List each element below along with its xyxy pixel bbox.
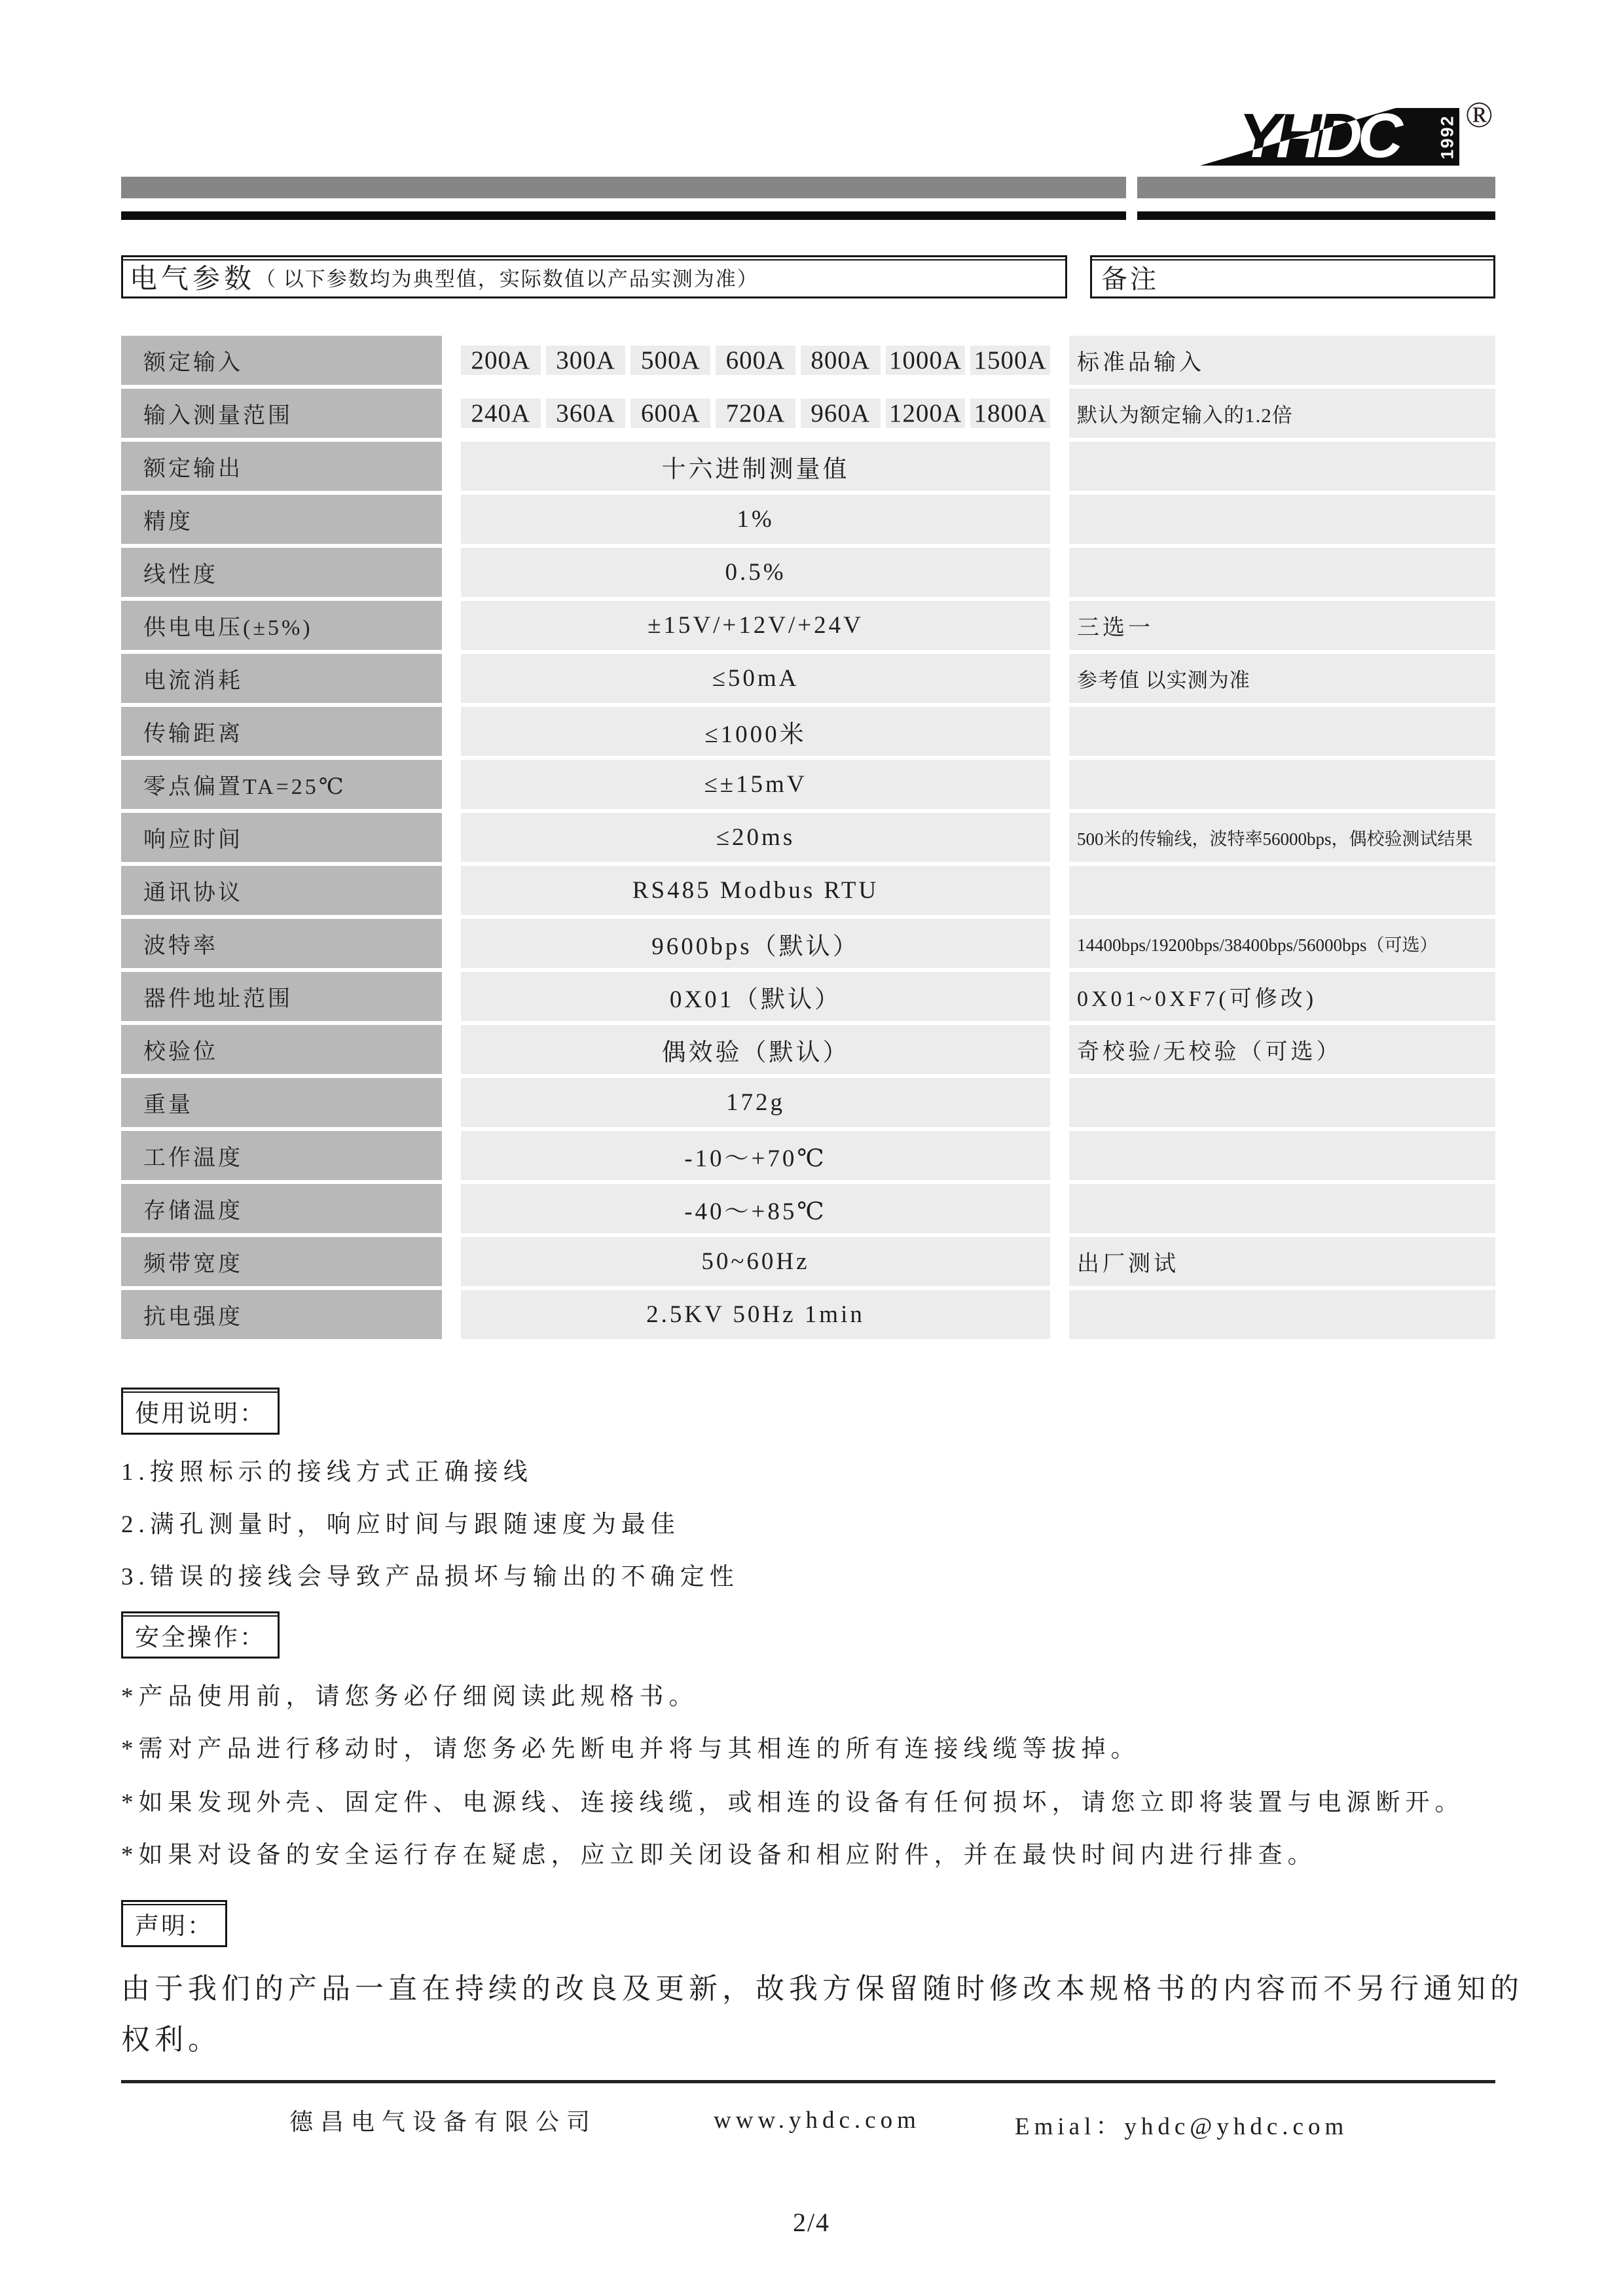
param-remark: 默认为额定输入的1.2倍 [1069,389,1495,438]
table-row: 工作温度 -10～+70℃ [121,1131,1495,1180]
table-row: 抗电强度 2.5KV 50Hz 1min [121,1290,1495,1339]
param-value: ≤1000米 [461,707,1050,756]
param-values: 240A 360A 600A 720A 960A 1200A 1800A [461,389,1050,438]
spec-table: 额定输入 200A 300A 500A 600A 800A 1000A 1500… [121,336,1495,1339]
param-remark [1069,495,1495,544]
param-remark: 500米的传输线，波特率56000bps，偶校验测试结果 [1069,813,1495,862]
table-row: 输入测量范围 240A 360A 600A 720A 960A 1200A 18… [121,389,1495,438]
param-value: -10～+70℃ [461,1131,1050,1180]
param-remark: 奇校验/无校验（可选） [1069,1025,1495,1074]
param-value: 50~60Hz [461,1237,1050,1286]
top-gray-bar-right [1137,177,1495,198]
param-remark [1069,866,1495,915]
datasheet-page: YHDC YHDC 1992 ® 电气参数（ 以下参数均为典型值，实际数值以产品… [0,0,1623,2296]
usage-section-title: 使用说明： [121,1388,280,1435]
params-title: 电气参数 [130,257,255,296]
param-label: 校验位 [121,1025,442,1074]
table-row: 传输距离 ≤1000米 [121,707,1495,756]
footer-email: Emial：yhdc@yhdc.com [1015,2106,1348,2142]
registered-mark-icon: ® [1465,94,1493,136]
param-values: 200A 300A 500A 600A 800A 1000A 1500A [461,336,1050,385]
param-remark: 三选一 [1069,601,1495,650]
table-row: 零点偏置TA=25℃ ≤±15mV [121,760,1495,809]
remark-header: 备注 [1090,255,1495,298]
table-row: 校验位 偶效验（默认） 奇校验/无校验（可选） [121,1025,1495,1074]
param-label: 电流消耗 [121,654,442,703]
param-label: 工作温度 [121,1131,442,1180]
param-value: 2.5KV 50Hz 1min [461,1290,1050,1339]
param-value-option: 1800A [970,399,1050,428]
footer-website: www.yhdc.com [714,2106,921,2134]
param-value: 0.5% [461,548,1050,597]
top-black-bar-left [121,211,1126,220]
top-gray-bar-left [121,177,1126,198]
param-label: 额定输入 [121,336,442,385]
param-value: ±15V/+12V/+24V [461,601,1050,650]
table-row: 额定输出 十六进制测量值 [121,442,1495,491]
param-value: 172g [461,1078,1050,1127]
param-label: 线性度 [121,548,442,597]
usage-item: 1.按照标示的接线方式正确接线 [121,1452,533,1487]
table-row: 频带宽度 50~60Hz 出厂测试 [121,1237,1495,1286]
statement-body: 由于我们的产品一直在持续的改良及更新，故我方保留随时修改本规格书的内容而不另行通… [121,1964,1525,2066]
param-label: 精度 [121,495,442,544]
param-label: 重量 [121,1078,442,1127]
param-value: ≤20ms [461,813,1050,862]
param-value-option: 600A [716,346,795,375]
param-label: 额定输出 [121,442,442,491]
footer-divider [121,2080,1495,2083]
safety-item: *如果对设备的安全运行存在疑虑，应立即关闭设备和相应附件，并在最快时间内进行排查… [121,1835,1317,1870]
param-label: 供电电压(±5%) [121,601,442,650]
params-note: （ 以下参数均为典型值，实际数值以产品实测为准） [255,262,759,292]
param-remark [1069,707,1495,756]
param-value-option: 240A [461,399,541,428]
param-value-option: 200A [461,346,541,375]
param-value: ≤±15mV [461,760,1050,809]
param-value: 0X01（默认） [461,972,1050,1021]
param-value-option: 800A [801,346,881,375]
param-label: 响应时间 [121,813,442,862]
table-row: 通讯协议 RS485 Modbus RTU [121,866,1495,915]
logo-year: 1992 [1434,108,1461,166]
param-value-option: 600A [630,399,710,428]
table-row: 器件地址范围 0X01（默认） 0X01~0XF7(可修改) [121,972,1495,1021]
param-remark: 0X01~0XF7(可修改) [1069,972,1495,1021]
param-remark: 14400bps/19200bps/38400bps/56000bps（可选） [1069,919,1495,968]
table-row: 额定输入 200A 300A 500A 600A 800A 1000A 1500… [121,336,1495,385]
page-number: 2/4 [0,2207,1623,2238]
table-row: 波特率 9600bps（默认） 14400bps/19200bps/38400b… [121,919,1495,968]
param-value: 十六进制测量值 [461,442,1050,491]
param-value-option: 360A [546,399,626,428]
safety-item: *产品使用前，请您务必仔细阅读此规格书。 [121,1676,699,1712]
remark-title: 备注 [1101,259,1159,296]
table-row: 存储温度 -40～+85℃ [121,1184,1495,1233]
table-row: 重量 172g [121,1078,1495,1127]
safety-section-title: 安全操作： [121,1611,280,1659]
table-row: 响应时间 ≤20ms 500米的传输线，波特率56000bps，偶校验测试结果 [121,813,1495,862]
param-label: 传输距离 [121,707,442,756]
param-label: 存储温度 [121,1184,442,1233]
param-label: 抗电强度 [121,1290,442,1339]
param-value: 9600bps（默认） [461,919,1050,968]
param-remark: 标准品输入 [1069,336,1495,385]
param-remark [1069,1184,1495,1233]
param-value-option: 1200A [886,399,966,428]
electrical-params-header: 电气参数（ 以下参数均为典型值，实际数值以产品实测为准） [121,255,1067,298]
param-remark: 参考值 以实测为准 [1069,654,1495,703]
table-row: 供电电压(±5%) ±15V/+12V/+24V 三选一 [121,601,1495,650]
param-remark [1069,760,1495,809]
yhdc-logo: YHDC YHDC 1992 [1200,108,1459,166]
top-black-bar-right [1137,211,1495,220]
param-value-option: 1500A [970,346,1050,375]
safety-item: *需对产品进行移动时，请您务必先断电并将与其相连的所有连接线缆等拔掉。 [121,1729,1140,1764]
param-value-option: 300A [546,346,626,375]
param-value-option: 500A [630,346,710,375]
param-remark [1069,1078,1495,1127]
param-remark [1069,1290,1495,1339]
param-label: 频带宽度 [121,1237,442,1286]
safety-item: *如果发现外壳、固定件、电源线、连接线缆，或相连的设备有任何损坏，请您立即将装置… [121,1782,1465,1818]
param-remark [1069,548,1495,597]
table-row: 精度 1% [121,495,1495,544]
footer-company: 德昌电气设备有限公司 [289,2104,597,2137]
table-row: 线性度 0.5% [121,548,1495,597]
usage-item: 2.满孔测量时，响应时间与跟随速度为最佳 [121,1504,680,1539]
param-remark [1069,1131,1495,1180]
param-label: 零点偏置TA=25℃ [121,760,442,809]
param-value: -40～+85℃ [461,1184,1050,1233]
param-value-option: 1000A [886,346,966,375]
statement-section-title: 声明： [121,1900,227,1947]
param-remark: 出厂测试 [1069,1237,1495,1286]
param-label: 输入测量范围 [121,389,442,438]
param-remark [1069,442,1495,491]
param-label: 通讯协议 [121,866,442,915]
param-value: ≤50mA [461,654,1050,703]
param-value: RS485 Modbus RTU [461,866,1050,915]
param-label: 波特率 [121,919,442,968]
param-value: 偶效验（默认） [461,1025,1050,1074]
param-value-option: 720A [716,399,795,428]
usage-item: 3.错误的接线会导致产品损坏与输出的不确定性 [121,1556,739,1592]
param-value-option: 960A [801,399,881,428]
table-row: 电流消耗 ≤50mA 参考值 以实测为准 [121,654,1495,703]
param-value: 1% [461,495,1050,544]
param-label: 器件地址范围 [121,972,442,1021]
